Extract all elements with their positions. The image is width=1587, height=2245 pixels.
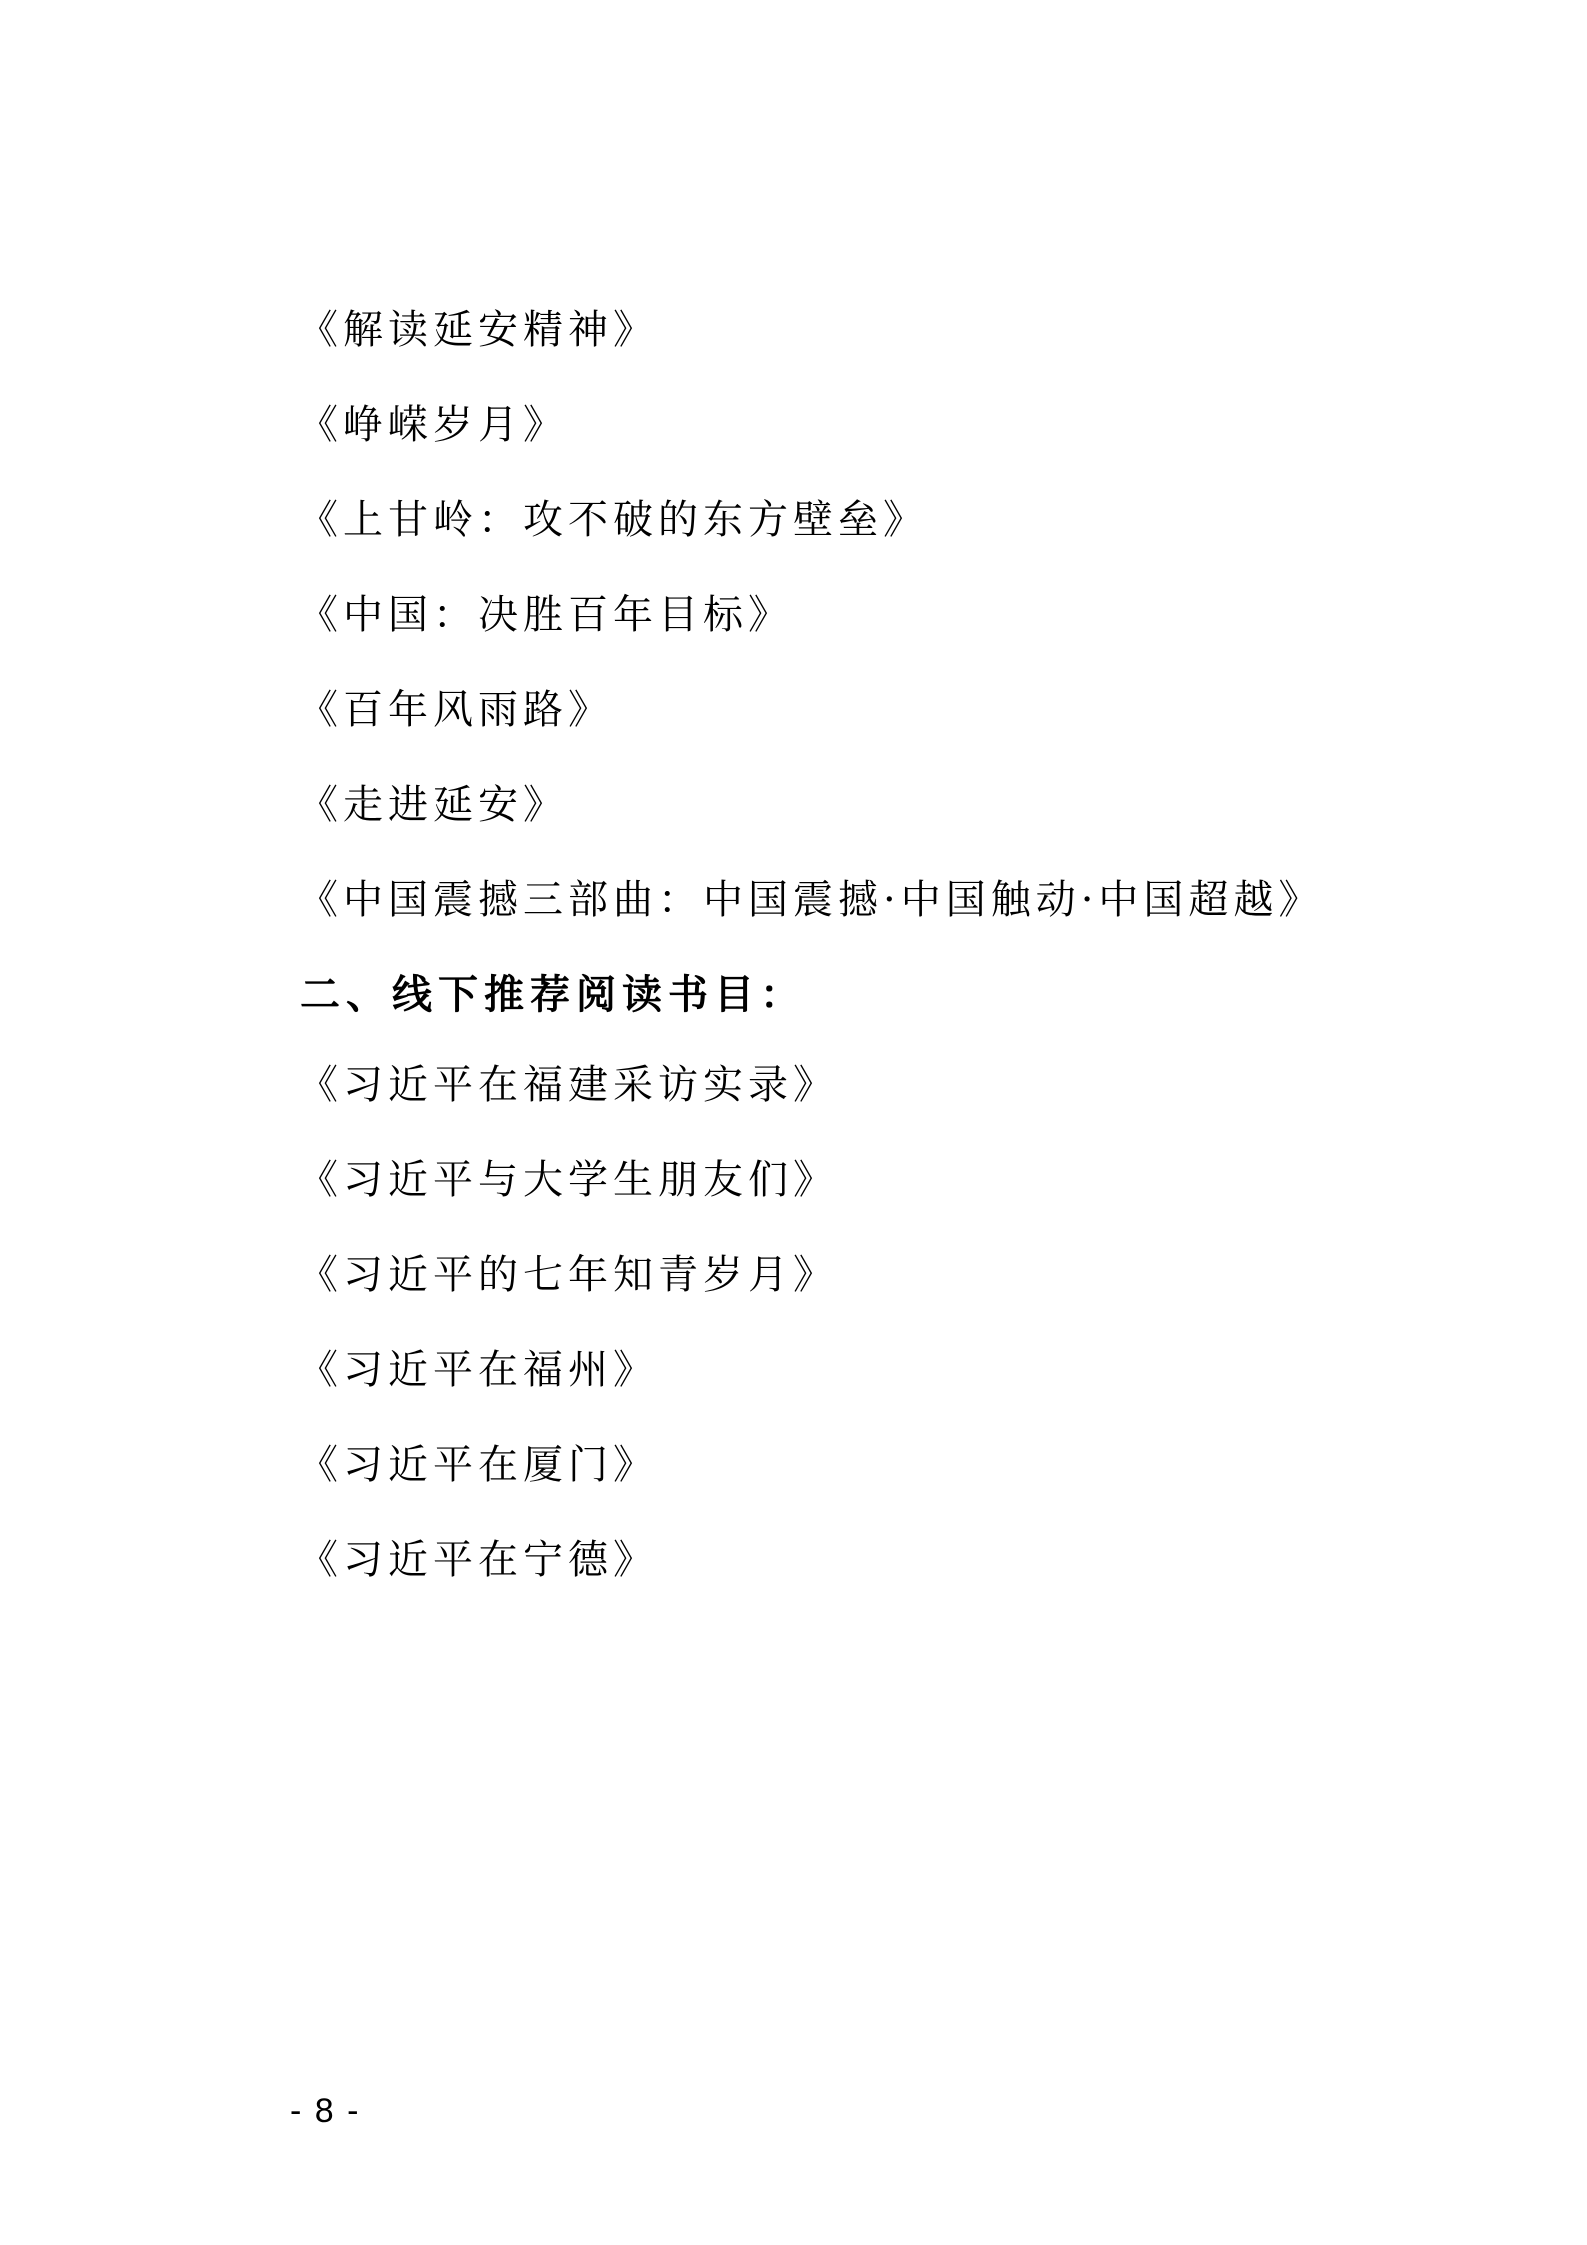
- book-title: 《习近平在福州》: [298, 1346, 658, 1394]
- book-title: 《中国震撼三部曲：中国震撼·中国触动·中国超越》: [298, 876, 1323, 924]
- book-title: 《百年风雨路》: [298, 686, 613, 734]
- document-page: 《解读延安精神》 《峥嵘岁月》 《上甘岭：攻不破的东方壁垒》 《中国：决胜百年目…: [0, 0, 1587, 2245]
- book-title: 《上甘岭：攻不破的东方壁垒》: [298, 496, 928, 544]
- book-title: 《走进延安》: [298, 781, 568, 829]
- book-title: 《习近平在宁德》: [298, 1536, 658, 1584]
- book-title: 《习近平与大学生朋友们》: [298, 1156, 838, 1204]
- book-title: 《中国：决胜百年目标》: [298, 591, 793, 639]
- book-title: 《峥嵘岁月》: [298, 401, 568, 449]
- book-title: 《解读延安精神》: [298, 306, 658, 354]
- page-number: - 8 -: [290, 2092, 360, 2131]
- book-title: 《习近平在福建采访实录》: [298, 1061, 838, 1109]
- book-title: 《习近平的七年知青岁月》: [298, 1251, 838, 1299]
- book-title: 《习近平在厦门》: [298, 1441, 658, 1489]
- section-heading: 二、线下推荐阅读书目：: [300, 971, 806, 1019]
